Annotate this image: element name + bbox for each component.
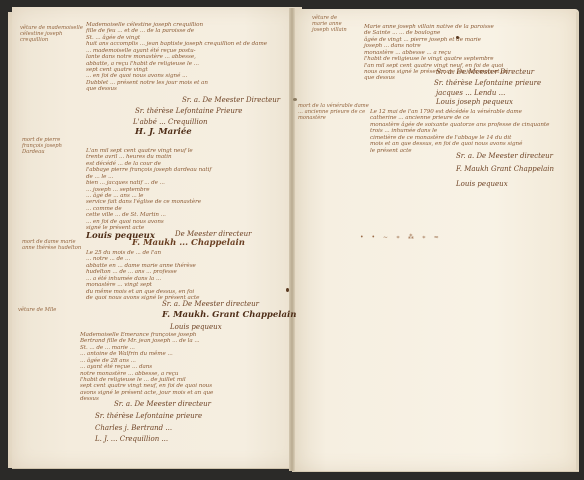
entry-text: Le 25 du mois de ... de l'an ... notre .… [86, 250, 278, 301]
page-edge [576, 12, 579, 470]
signature: Sr. thérèse Lefontaine Prieure [135, 107, 242, 115]
signature: F. Maukh Grant Chappelain [456, 165, 554, 173]
signature: Louis joseph pequeux [436, 98, 513, 106]
signature: Sr. a. De Meester directeur [456, 152, 553, 160]
margin-note: mort de pierre françois joseph Dardeau [22, 138, 82, 156]
margin-note: mort de la vénérable dame ... ancienne p… [298, 104, 370, 122]
ink-marks: • • ∼ ∗ ⁂ ∗ ≈ [360, 234, 442, 241]
ink-blot [286, 288, 289, 292]
book-spine [289, 8, 295, 471]
manuscript-spread: vêture de mademoiselle célestine joseph … [0, 0, 584, 480]
signature: H. J. Mariée [135, 128, 192, 138]
signature: F. Maukh ... Chappelain [132, 239, 245, 249]
signature: Charles j. Bertrand ... [95, 424, 172, 432]
signature: jacques ... Lendu ... [436, 89, 505, 97]
signature: Louis pequeux [456, 180, 508, 188]
entry-text: Mademoiselle célestine joseph crequillio… [86, 22, 272, 93]
signature: Sr. thérèse Lefontaine prieure [434, 79, 541, 87]
signature: Louis pequeux [170, 323, 222, 331]
margin-note: vêture de Mlle [18, 308, 62, 314]
ink-blot [456, 36, 459, 39]
signature: De Meester directeur [175, 230, 252, 238]
margin-note: mort de dame marie anne thérèse hudelton [22, 240, 84, 252]
margin-note: vêture de mademoiselle célestine joseph … [20, 26, 88, 44]
signature: Sr. a. De Meester Directeur [436, 68, 534, 76]
signature: Sr. a. De Meester directeur [162, 300, 259, 308]
signature: F. Maukh. Grant Chappelain [162, 311, 296, 321]
entry-text: L'an mil sept cent quatre vingt neuf le … [86, 148, 276, 231]
signature: L'abbé ... Crequillion [133, 118, 208, 126]
signature: L. J. ... Crequillion ... [95, 435, 168, 443]
margin-note: vêture de marie anne joseph villain [312, 16, 348, 34]
signature: Sr. a. De Meester directeur [114, 400, 211, 408]
entry-text: Le 12 mai de l'an 1790 est décédée la vé… [370, 109, 580, 154]
signature: Sr. a. De Meester Directeur [182, 96, 280, 104]
signature: Sr. thérèse Lefontaine prieure [95, 412, 202, 420]
entry-text: Mademoiselle Emerance françoise joseph B… [80, 332, 280, 403]
ink-blot [293, 98, 297, 101]
